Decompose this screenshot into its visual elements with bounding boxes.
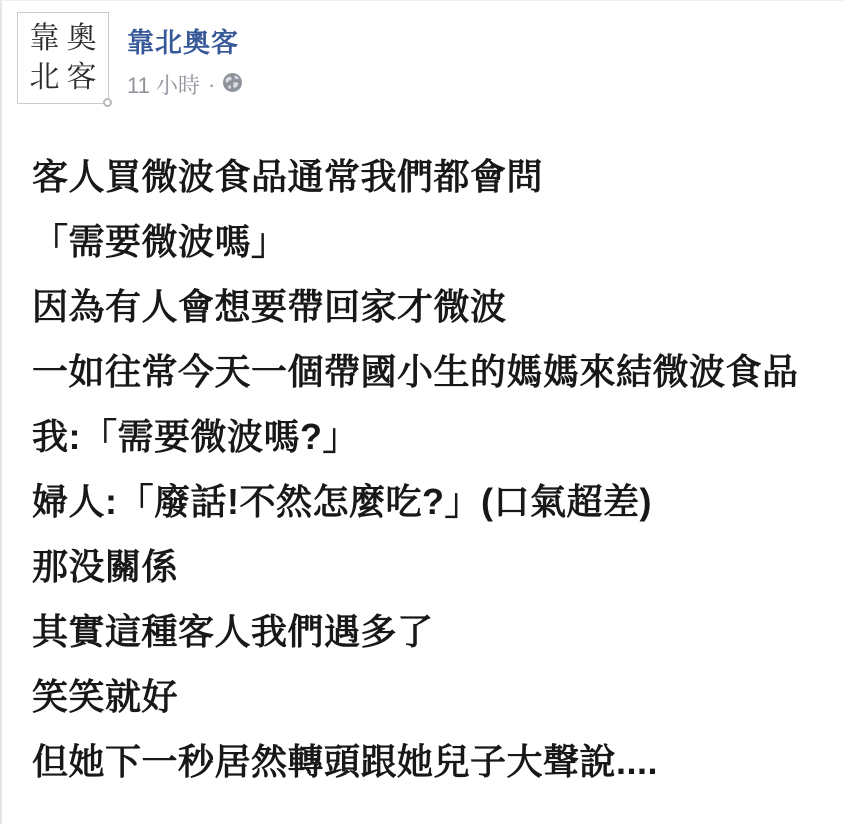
post-meta: 靠北奧客 11 小時 · <box>127 12 242 100</box>
post-text-line-8: 其實這種客人我們遇多了 <box>32 599 823 664</box>
post-header: 靠 奧 北 客 靠北奧客 11 小時 · <box>2 1 843 104</box>
avatar-char-top-right: 奧 <box>63 19 100 58</box>
timestamp-link[interactable]: 11 小時 <box>127 69 200 100</box>
post-text-line-5: 我:「需要微波嗎?」 <box>32 404 823 469</box>
post-text-line-2: 「需要微波嗎」 <box>32 209 823 274</box>
post-text-line-4: 一如往常今天一個帶國小生的媽媽來結微波食品 <box>32 339 823 404</box>
post-text-line-9: 笑笑就好 <box>32 664 823 729</box>
timestamp-row: 11 小時 · <box>127 69 242 100</box>
globe-icon <box>223 72 242 98</box>
avatar-char-bottom-left: 北 <box>26 58 63 97</box>
post-text-line-6: 婦人:「廢話!不然怎麼吃?」(口氣超差) <box>32 469 823 534</box>
post-text-line-1: 客人買微波食品通常我們都會問 <box>32 144 823 209</box>
avatar-corner-badge <box>103 98 112 107</box>
post-text-line-3: 因為有人會想要帶回家才微波 <box>32 274 823 339</box>
post-text-line-10: 但她下一秒居然轉頭跟她兒子大聲說.... <box>32 729 823 794</box>
post-text-line-7: 那没關係 <box>32 534 823 599</box>
dot-separator: · <box>208 72 215 98</box>
avatar-char-top-left: 靠 <box>26 19 63 58</box>
page-avatar[interactable]: 靠 奧 北 客 <box>17 12 109 104</box>
page-name-link[interactable]: 靠北奧客 <box>127 21 239 60</box>
post-body: 客人買微波食品通常我們都會問 「需要微波嗎」 因為有人會想要帶回家才微波 一如往… <box>2 104 843 794</box>
facebook-post-card: 靠 奧 北 客 靠北奧客 11 小時 · <box>0 0 843 824</box>
avatar-char-bottom-right: 客 <box>63 58 100 97</box>
